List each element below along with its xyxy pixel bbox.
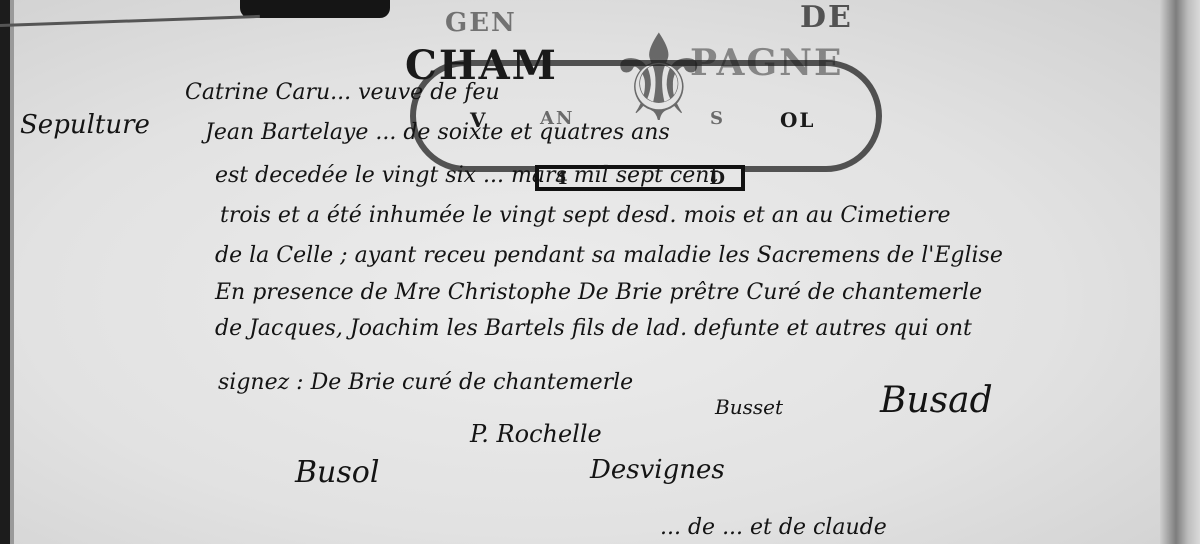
page-binding-edge — [0, 0, 10, 544]
register-page: ⚜ GEN DE CHAM PAGNE V AN S OL 4 D Sepult… — [0, 0, 1200, 544]
entry-line-5: de la Celle ; ayant receu pendant sa mal… — [215, 243, 1003, 268]
entry-line-2: Jean Bartelaye ... de soixte et quatres … — [205, 120, 670, 145]
stamp-text-ol: OL — [780, 108, 815, 132]
stamp-text-pagne: PAGNE — [690, 42, 843, 84]
next-entry-partial-line: ... de ... et de claude — [660, 515, 887, 540]
entry-line-7: de Jacques, Joachim les Bartels fils de … — [215, 316, 972, 341]
entry-line-6: En presence de Mre Christophe De Brie pr… — [215, 280, 982, 305]
stamp-text-s: S — [710, 108, 725, 129]
signature-5: Busad — [880, 380, 993, 421]
page-right-edge — [1160, 0, 1200, 544]
stamp-text-gen: GEN — [445, 8, 517, 38]
signature-3: Busset — [715, 395, 783, 419]
page-edge-shadow — [10, 0, 14, 544]
signature-4: Desvignes — [590, 455, 725, 485]
entry-line-3: est decedée le vingt six ... mars mil se… — [215, 163, 718, 188]
entry-line-8: signez : De Brie curé de chantemerle — [218, 370, 633, 395]
signature-2: P. Rochelle — [470, 420, 602, 448]
stamp-text-de: DE — [800, 0, 853, 35]
top-rule-line — [0, 15, 260, 27]
entry-line-1: Catrine Caru... veuve de feu — [185, 80, 500, 105]
entry-line-4: trois et a été inhumée le vingt sept des… — [220, 203, 951, 228]
signature-1: Busol — [295, 455, 379, 490]
margin-label: Sepulture — [20, 110, 150, 140]
top-ink-blot — [240, 0, 390, 18]
